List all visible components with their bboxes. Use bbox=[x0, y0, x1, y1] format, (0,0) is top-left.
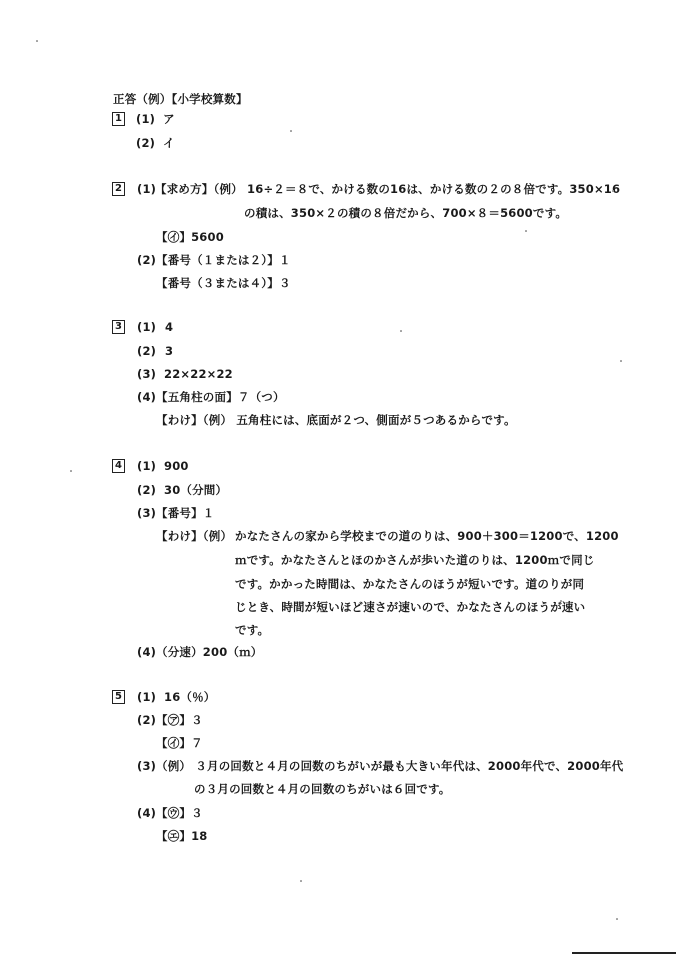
scan-speck bbox=[616, 918, 618, 920]
scan-speck bbox=[300, 880, 302, 882]
q4-part3-reason-label: 【わけ】（例） bbox=[156, 529, 232, 543]
scan-speck bbox=[290, 130, 292, 132]
q5-part2-label: (2) bbox=[137, 713, 156, 727]
q4-part3-answer: 【番号】１ bbox=[156, 506, 215, 520]
q2-part2-label: (2) bbox=[137, 253, 156, 267]
q4-part2-answer: 30（分間） bbox=[164, 483, 227, 497]
question-number-1: 1 bbox=[112, 112, 125, 126]
q5-part3-label: (3) bbox=[137, 759, 156, 773]
q3-part3-answer: 22×22×22 bbox=[164, 367, 233, 381]
q4-part4-answer: （分速）200（ｍ） bbox=[156, 645, 263, 659]
q3-part1-answer: 4 bbox=[165, 320, 173, 334]
scan-speck bbox=[560, 600, 562, 602]
q5-part4-label: (4) bbox=[137, 806, 156, 820]
q4-part1-label: (1) bbox=[137, 459, 156, 473]
q4-reason-line-5: です。 bbox=[235, 623, 269, 637]
q2-part1-line2: の積は、350×２の積の８倍だから、700×８＝5600です。 bbox=[244, 206, 567, 220]
q5-part4-answer-b: 【㋓】18 bbox=[156, 829, 208, 843]
q4-reason-line-2: ｍです。かなたさんとほのかさんが歩いた道のりは、1200ｍで同じ bbox=[235, 553, 594, 567]
q5-part3-line1: （例） ３月の回数と４月の回数のちがいが最も大きい年代は、2000年代で、200… bbox=[156, 759, 623, 773]
q1-part1-label: (1) bbox=[136, 112, 155, 126]
q2-part2-line1: 【番号（１または２）】１ bbox=[156, 253, 291, 267]
q2-part1-sub-answer: 【㋑】5600 bbox=[156, 230, 224, 244]
q3-part4-label: (4) bbox=[137, 390, 156, 404]
q5-part2-answer-a: 【㋐】３ bbox=[156, 713, 203, 727]
q5-part1-answer: 16（％） bbox=[164, 690, 216, 704]
q4-part3-label: (3) bbox=[137, 506, 156, 520]
q4-part1-answer: 900 bbox=[164, 459, 189, 473]
scan-speck bbox=[620, 360, 622, 362]
q4-reason-line-3: です。かかった時間は、かなたさんのほうが短いです。道のりが同 bbox=[235, 577, 584, 591]
scan-speck bbox=[36, 40, 38, 42]
question-number-4: 4 bbox=[112, 459, 125, 473]
q1-part1-answer: ア bbox=[163, 112, 175, 126]
q5-part1-label: (1) bbox=[137, 690, 156, 704]
q2-part2-line2: 【番号（３または４）】３ bbox=[156, 276, 291, 290]
scan-speck bbox=[70, 470, 72, 472]
q3-part2-answer: 3 bbox=[165, 344, 173, 358]
scan-speck bbox=[400, 330, 402, 332]
q2-part1-label: (1) bbox=[137, 182, 156, 196]
q5-part4-answer-a: 【㋒】３ bbox=[156, 806, 203, 820]
q3-part4-reason: 【わけ】（例） 五角柱には、底面が２つ、側面が５つあるからです。 bbox=[156, 413, 516, 427]
footer-rule bbox=[572, 952, 676, 954]
q3-part4-answer: 【五角柱の面】７（つ） bbox=[156, 390, 285, 404]
q4-reason-line-4: じとき、時間が短いほど速さが速いので、かなたさんのほうが速い bbox=[235, 600, 585, 614]
question-number-5: 5 bbox=[112, 690, 125, 704]
question-number-3: 3 bbox=[112, 320, 125, 334]
q3-part3-label: (3) bbox=[137, 367, 156, 381]
q5-part3-line2: の３月の回数と４月の回数のちがいは６回です。 bbox=[194, 782, 450, 796]
q3-part1-label: (1) bbox=[137, 320, 156, 334]
scan-speck bbox=[420, 760, 422, 762]
q2-part1-line1: 【求め方】（例） 16÷２＝８で、かける数の16は、かける数の２の８倍です。35… bbox=[155, 182, 620, 196]
question-number-2: 2 bbox=[112, 182, 125, 196]
q1-part2-label: (2) bbox=[136, 136, 155, 150]
q1-part2-answer: イ bbox=[163, 136, 175, 150]
q3-part2-label: (2) bbox=[137, 344, 156, 358]
scan-speck bbox=[525, 230, 527, 232]
q5-part2-answer-b: 【㋑】７ bbox=[156, 736, 203, 750]
page-title: 正答（例）【小学校算数】 bbox=[113, 92, 248, 106]
q4-part2-label: (2) bbox=[137, 483, 156, 497]
q4-reason-line-1: かなたさんの家から学校までの道のりは、900＋300＝1200で、1200 bbox=[235, 529, 619, 543]
q4-part4-label: (4) bbox=[137, 645, 156, 659]
scan-speck bbox=[612, 190, 614, 192]
